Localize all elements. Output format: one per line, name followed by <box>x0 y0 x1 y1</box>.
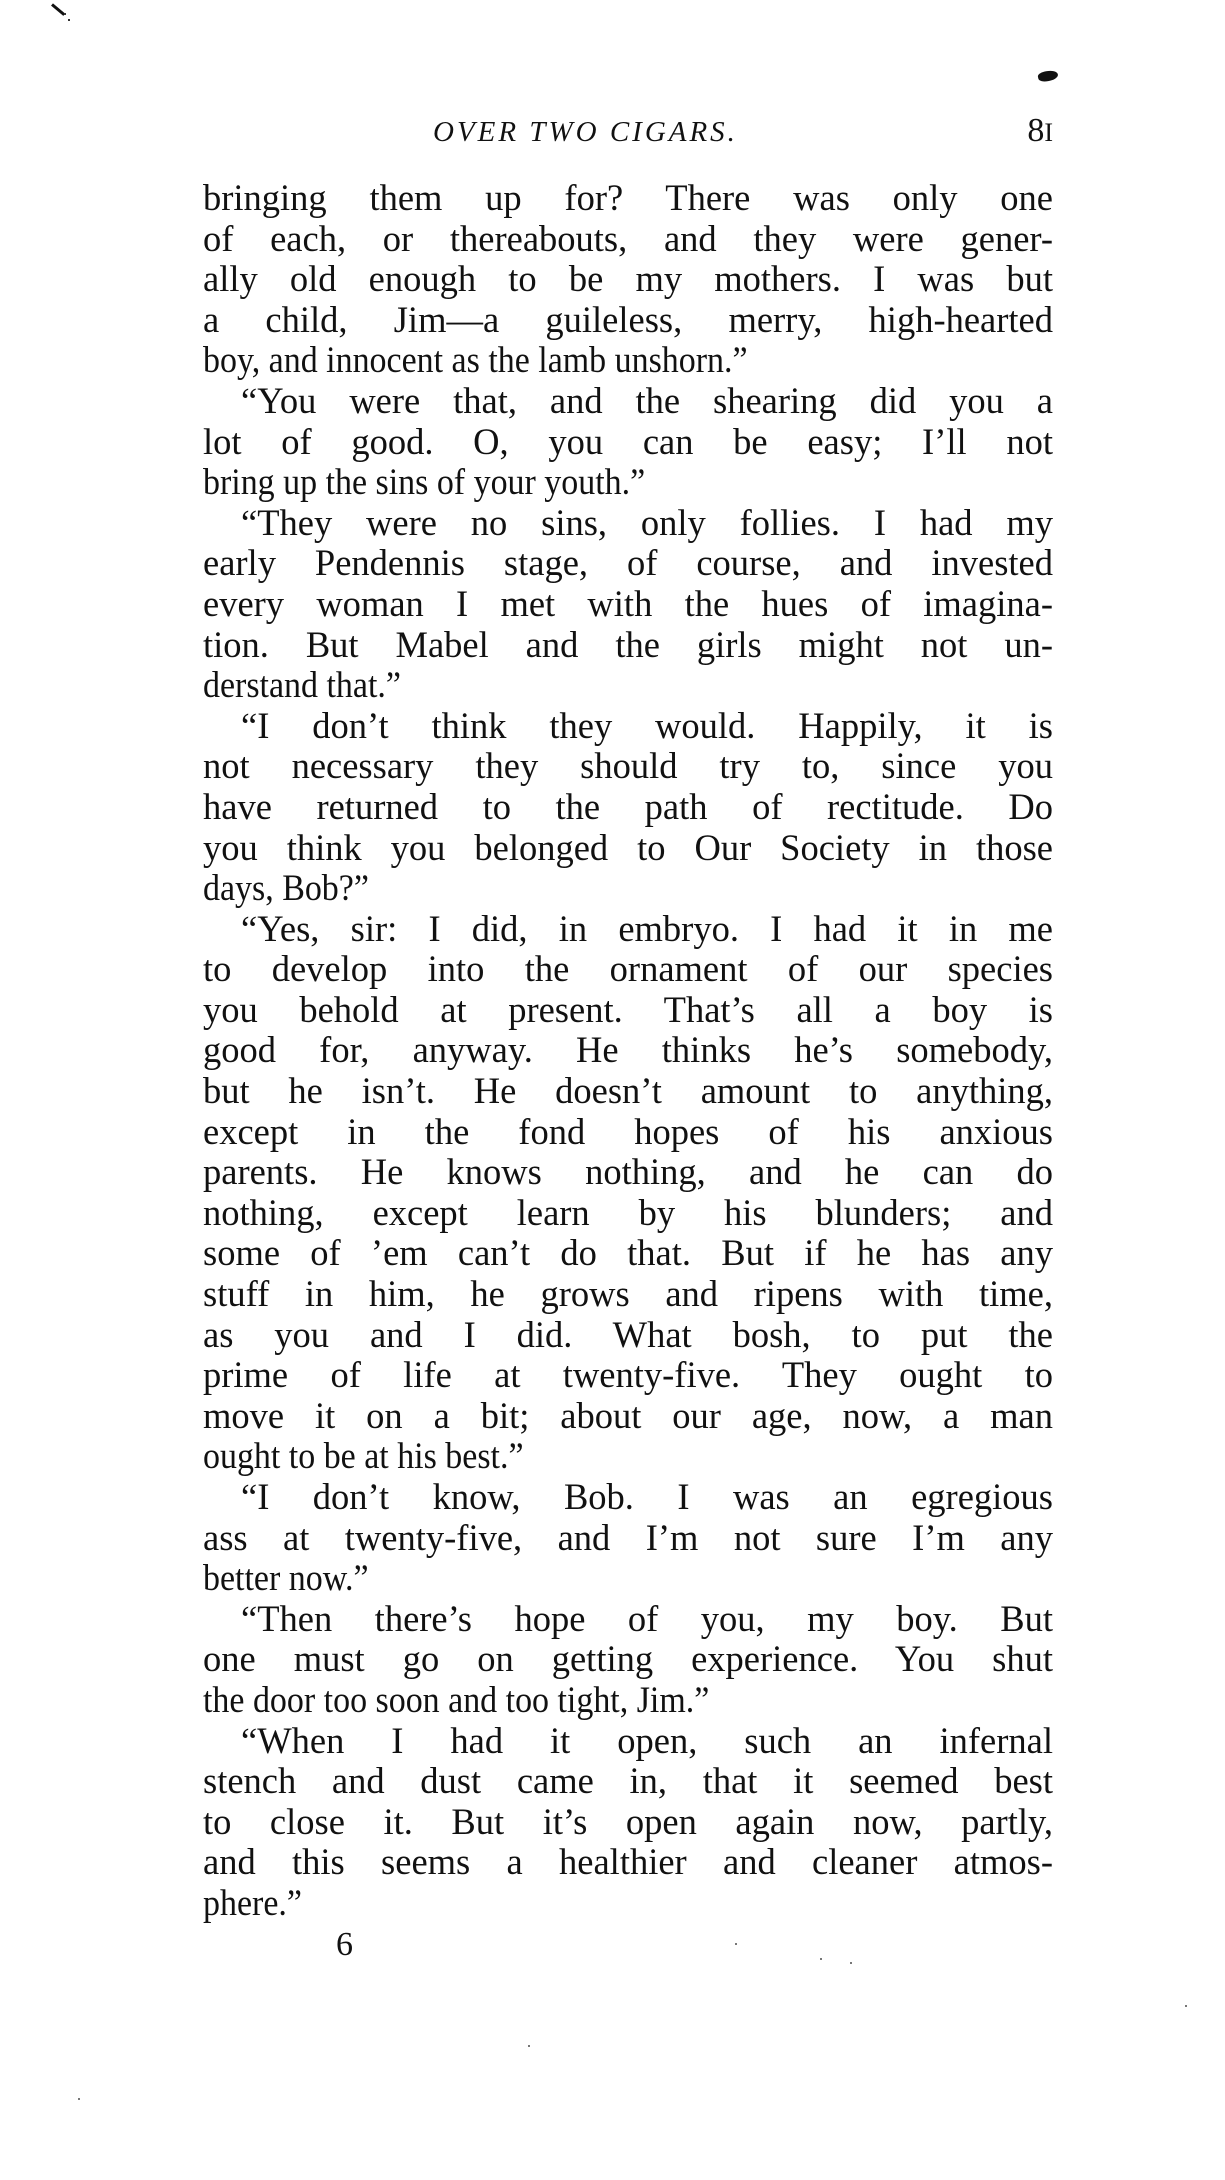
text-line-content: to develop into the ornament of our spec… <box>203 949 1053 990</box>
ink-speck <box>735 1943 737 1945</box>
text-line-content: but he isn’t. He doesn’t amount to anyth… <box>203 1071 1053 1112</box>
text-line-content: “They were no sins, only follies. I had … <box>241 503 1053 544</box>
ink-speck <box>850 1962 852 1964</box>
text-line: bringing them up for? There was only one <box>203 178 1053 219</box>
text-line: some of ’em can’t do that. But if he has… <box>203 1233 1053 1274</box>
text-line: ally old enough to be my mothers. I was … <box>203 259 1053 300</box>
text-line: “You were that, and the shearing did you… <box>203 381 1053 422</box>
page-number-main: 8 <box>1027 112 1044 149</box>
text-line: of each, or thereabouts, and they were g… <box>203 219 1053 260</box>
text-line-content: “You were that, and the shearing did you… <box>241 381 1053 422</box>
text-line-content: the door too soon and too tight, Jim.” <box>203 1680 709 1721</box>
text-line-content: stench and dust came in, that it seemed … <box>203 1761 1053 1802</box>
text-line-content: “I don’t think they would. Happily, it i… <box>241 706 1053 747</box>
ink-blot <box>1037 69 1059 83</box>
signature-mark: 6 <box>336 1926 353 1964</box>
text-line: the door too soon and too tight, Jim.” <box>203 1680 1053 1721</box>
text-line-content: of each, or thereabouts, and they were g… <box>203 219 1053 260</box>
text-line: derstand that.” <box>203 665 1053 706</box>
text-line: tion. But Mabel and the girls might not … <box>203 625 1053 666</box>
text-line-content: except in the fond hopes of his anxious <box>203 1112 1053 1153</box>
text-line-content: ought to be at his best.” <box>203 1436 524 1477</box>
page-number: 8I <box>1027 112 1053 150</box>
text-line-content: boy, and innocent as the lamb unshorn.” <box>203 340 748 381</box>
text-line-content: as you and I did. What bosh, to put the <box>203 1315 1053 1356</box>
text-line: better now.” <box>203 1558 1053 1599</box>
text-line-content: early Pendennis stage, of course, and in… <box>203 543 1053 584</box>
text-line: one must go on getting experience. You s… <box>203 1639 1053 1680</box>
text-line: not necessary they should try to, since … <box>203 746 1053 787</box>
text-line-content: a child, Jim—a guileless, merry, high-he… <box>203 300 1053 341</box>
text-line-content: you behold at present. That’s all a boy … <box>203 990 1053 1031</box>
text-line: bring up the sins of your youth.” <box>203 462 1053 503</box>
text-line: you think you belonged to Our Society in… <box>203 828 1053 869</box>
text-line: “I don’t think they would. Happily, it i… <box>203 706 1053 747</box>
text-line: prime of life at twenty-five. They ought… <box>203 1355 1053 1396</box>
text-line: “I don’t know, Bob. I was an egregious <box>203 1477 1053 1518</box>
body-text: bringing them up for? There was only one… <box>203 178 1053 1924</box>
running-head: OVER TWO CIGARS. 8I <box>203 112 1053 152</box>
text-line-content: “I don’t know, Bob. I was an egregious <box>241 1477 1053 1518</box>
text-line-content: bring up the sins of your youth.” <box>203 462 645 503</box>
text-line: “Yes, sir: I did, in embryo. I had it in… <box>203 909 1053 950</box>
text-line-content: good for, anyway. He thinks he’s somebod… <box>203 1030 1053 1071</box>
page-number-small: I <box>1044 118 1053 147</box>
text-line: ass at twenty-five, and I’m not sure I’m… <box>203 1518 1053 1559</box>
text-line-content: some of ’em can’t do that. But if he has… <box>203 1233 1053 1274</box>
text-line-content: not necessary they should try to, since … <box>203 746 1053 787</box>
text-line: early Pendennis stage, of course, and in… <box>203 543 1053 584</box>
text-line-content: phere.” <box>203 1883 302 1924</box>
ink-speck <box>1185 2005 1187 2007</box>
ink-speck <box>528 2045 530 2047</box>
text-line-content: stuff in him, he grows and ripens with t… <box>203 1274 1053 1315</box>
text-line: move it on a bit; about our age, now, a … <box>203 1396 1053 1437</box>
ink-speck <box>78 2098 80 2100</box>
text-line: “When I had it open, such an infernal <box>203 1721 1053 1762</box>
text-line: stuff in him, he grows and ripens with t… <box>203 1274 1053 1315</box>
text-line-content: ally old enough to be my mothers. I was … <box>203 259 1053 300</box>
text-line: a child, Jim—a guileless, merry, high-he… <box>203 300 1053 341</box>
text-line-content: prime of life at twenty-five. They ought… <box>203 1355 1053 1396</box>
text-line: to close it. But it’s open again now, pa… <box>203 1802 1053 1843</box>
text-line-content: move it on a bit; about our age, now, a … <box>203 1396 1053 1437</box>
text-line-content: and this seems a healthier and cleaner a… <box>203 1842 1053 1883</box>
text-line-content: “When I had it open, such an infernal <box>241 1721 1053 1762</box>
ink-speck <box>64 13 66 15</box>
text-line: you behold at present. That’s all a boy … <box>203 990 1053 1031</box>
text-line: “Then there’s hope of you, my boy. But <box>203 1599 1053 1640</box>
text-line: and this seems a healthier and cleaner a… <box>203 1842 1053 1883</box>
text-line-content: tion. But Mabel and the girls might not … <box>203 625 1053 666</box>
text-line-content: have returned to the path of rectitude. … <box>203 787 1053 828</box>
text-line-content: bringing them up for? There was only one <box>203 178 1053 219</box>
text-line: ought to be at his best.” <box>203 1436 1053 1477</box>
text-line-content: you think you belonged to Our Society in… <box>203 828 1053 869</box>
text-line: “They were no sins, only follies. I had … <box>203 503 1053 544</box>
text-line: stench and dust came in, that it seemed … <box>203 1761 1053 1802</box>
running-title: OVER TWO CIGARS. <box>433 116 738 149</box>
ink-speck <box>820 1958 822 1960</box>
text-line: but he isn’t. He doesn’t amount to anyth… <box>203 1071 1053 1112</box>
text-line-content: better now.” <box>203 1558 369 1599</box>
text-line: to develop into the ornament of our spec… <box>203 949 1053 990</box>
text-line: good for, anyway. He thinks he’s somebod… <box>203 1030 1053 1071</box>
text-line-content: nothing, except learn by his blunders; a… <box>203 1193 1053 1234</box>
text-line: days, Bob?” <box>203 868 1053 909</box>
text-line-content: days, Bob?” <box>203 868 369 909</box>
text-line: as you and I did. What bosh, to put the <box>203 1315 1053 1356</box>
text-line-content: “Then there’s hope of you, my boy. But <box>241 1599 1053 1640</box>
text-line: parents. He knows nothing, and he can do <box>203 1152 1053 1193</box>
text-line-content: every woman I met with the hues of imagi… <box>203 584 1053 625</box>
text-line: every woman I met with the hues of imagi… <box>203 584 1053 625</box>
text-line: except in the fond hopes of his anxious <box>203 1112 1053 1153</box>
text-line-content: “Yes, sir: I did, in embryo. I had it in… <box>241 909 1053 950</box>
text-line: nothing, except learn by his blunders; a… <box>203 1193 1053 1234</box>
text-line: lot of good. O, you can be easy; I’ll no… <box>203 422 1053 463</box>
text-line-content: parents. He knows nothing, and he can do <box>203 1152 1053 1193</box>
text-line-content: one must go on getting experience. You s… <box>203 1639 1053 1680</box>
text-line: phere.” <box>203 1883 1053 1924</box>
ink-speck <box>68 19 70 21</box>
text-line-content: ass at twenty-five, and I’m not sure I’m… <box>203 1518 1053 1559</box>
text-line: boy, and innocent as the lamb unshorn.” <box>203 340 1053 381</box>
text-line: have returned to the path of rectitude. … <box>203 787 1053 828</box>
text-line-content: to close it. But it’s open again now, pa… <box>203 1802 1053 1843</box>
text-line-content: lot of good. O, you can be easy; I’ll no… <box>203 422 1053 463</box>
text-line-content: derstand that.” <box>203 665 401 706</box>
